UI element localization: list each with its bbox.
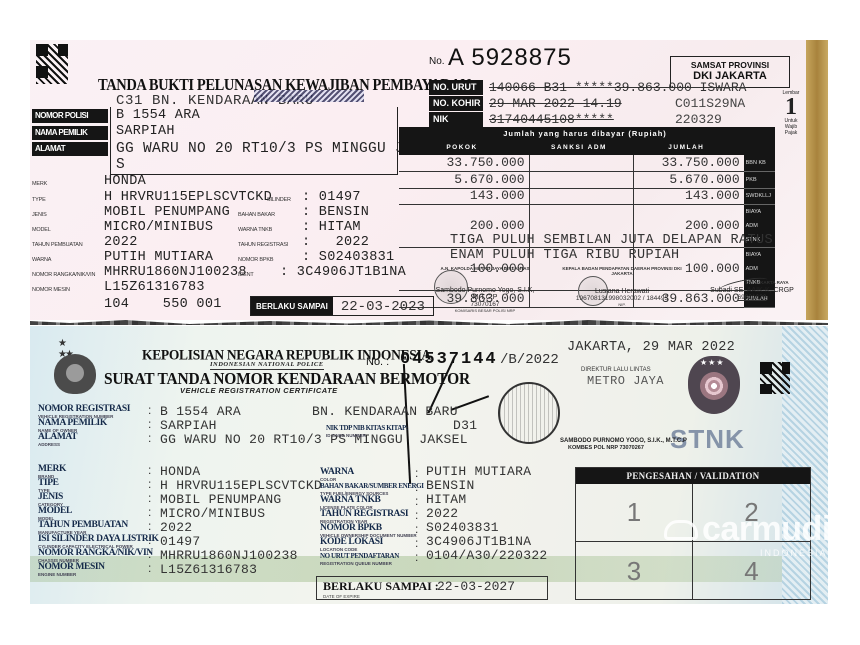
lembar-number: 1 (778, 96, 804, 118)
meta-label: NIK (429, 112, 483, 127)
payment-cell-tag: BBN KB (744, 155, 775, 172)
validation-title: PENGESAHAN / VALIDATION (576, 468, 810, 484)
value-tipe: H HRVRU115EPLSCVTCKD (160, 478, 322, 493)
meta-row-no-urut: NO. URUT 140066 B31 *****39.863.000 ISWA… (429, 80, 669, 95)
label-warna: WARNA (32, 257, 51, 263)
valid-until-label: BERLAKU SAMPAI (251, 297, 333, 315)
value-tahun-pembuatan: 2022 (104, 235, 138, 250)
label-alamat: ALAMATADDRESS (38, 432, 77, 447)
value-jenis: MOBIL PENUMPANG (104, 205, 230, 220)
label-jenis: JENISCATEGORY (38, 492, 63, 507)
signatory-name: Lusiana Herawati (562, 288, 682, 295)
value-nomor-bpkb: : S02403831 (302, 250, 394, 265)
label-tahun-pembuatan: TAHUN PEMBUATAN (32, 242, 82, 248)
validation-cell-3: 3 (576, 542, 693, 600)
col-sanksi: SANKSI ADM (529, 141, 633, 155)
label-nomor-mesin: NOMOR MESIN (32, 287, 70, 293)
payment-receipt: TANDA BUKTI PELUNASAN KEWAJIBAN PEMBAYAR… (30, 40, 828, 320)
signatory-3: DKI JAKARTA RAYA Subadi SE, AAIK-K, CRGP… (702, 280, 802, 301)
value-ident: : 3C4906JT1B1NA (280, 265, 406, 280)
signatory-2: KEPALA BADAN PENDAPATAN DAERAH PROVINSI … (562, 266, 682, 307)
label-model: MODEL (32, 227, 51, 233)
label-warna: WARNACOLOR (320, 467, 354, 482)
value-tahun-registrasi: 2022 (426, 506, 458, 521)
label-tahun-registrasi: TAHUN REGISTRASI (238, 242, 288, 248)
value-alamat: GG WARU NO 20 RT10/3 PS MINGGU JAKSEL (160, 432, 468, 447)
polda-name: METRO JAYA (587, 374, 664, 388)
label-ident: IDENT (238, 272, 254, 278)
watermark-brand: carmudi (702, 510, 831, 549)
label-tipe: TIPETYPE (38, 478, 59, 493)
value-warna-tnkb: : HITAM (302, 220, 361, 235)
col-pokok: POKOK (399, 141, 529, 155)
meta-value: 31740445108***** (483, 112, 669, 127)
value-nama-pemilik: SARPIAH (116, 124, 175, 139)
value-jenis: MOBIL PENUMPANG (160, 492, 282, 507)
meta-row-nik: NIK 31740445108***** 220329 (429, 112, 722, 127)
payment-table-title: Jumlah yang harus dibayar (Rupiah) (399, 127, 775, 141)
redaction-scribble (254, 90, 364, 102)
value-nomor-rangka: MHRRU1860NJ100238 (104, 265, 247, 280)
payment-cell-sanksi (529, 172, 633, 189)
payment-cell-pokok: 5.670.000 (399, 172, 529, 189)
label-bahan-bakar: BAHAN BAKAR (238, 212, 275, 218)
value-tahun-registrasi: : 2022 (302, 235, 369, 250)
label-tahun-registrasi: TAHUN REGISTRASIREGISTRATION YEAR (320, 509, 408, 524)
value-warna: PUTIH MUTIARA (426, 464, 531, 479)
value-bahan-bakar: : BENSIN (302, 205, 369, 220)
payment-row: 33.750.00033.750.000BBN KB (399, 155, 775, 172)
label-jenis: JENIS (32, 212, 47, 218)
meta-value: 140066 B31 *****39.863.000 ISWARA (483, 80, 669, 95)
value-model: MICRO/MINIBUS (160, 506, 265, 521)
stnk-number-suffix: /B/2022 (500, 352, 559, 368)
value-nomor-bpkb: S02403831 (426, 520, 499, 535)
signatory-id: 196708131998032002 / 184495 (562, 295, 682, 302)
qr-code-icon (36, 44, 68, 84)
label-model: MODELMODEL (38, 506, 72, 521)
label-nomor-mesin: NOMOR MESINENGINE NUMBER (38, 562, 105, 577)
value-kode-lokasi: 3C4906JT1B1NA (426, 534, 531, 549)
director-title: DIREKTUR LALU LINTAS (581, 367, 651, 373)
signatory-id: 73070167 (430, 301, 540, 308)
label-merk: MERKBRAND (38, 464, 66, 479)
label-nomor-polisi: NOMOR POLISI (32, 109, 108, 123)
label-nomor-registrasi: NOMOR REGISTRASIVEHICLE REGISTRATION NUM… (38, 404, 130, 419)
signatory-name: Subadi SE, AAIK-K, CRGP (702, 287, 802, 294)
meta-extra: C011S29NA (675, 96, 745, 111)
payment-cell-jumlah: 5.670.000 (633, 172, 744, 189)
value-warna: PUTIH MUTIARA (104, 250, 213, 265)
value-warna-tnkb: HITAM (426, 492, 467, 507)
label-nama-pemilik: NAMA PEMILIKNAME OF OWNER (38, 418, 107, 433)
col-jumlah: JUMLAH (633, 141, 744, 155)
doc-number: A 5928875 (448, 44, 572, 72)
official-stamp-icon (498, 382, 560, 444)
value-bahan-bakar-sumber-energi: BENSIN (426, 478, 475, 493)
valid-until-value: 22-03-2023 (333, 297, 433, 315)
amount-words-line1: TIGA PULUH SEMBILAN JUTA DELAPAN RATUS (450, 233, 773, 248)
signatory-name: Sambodo Purnomo Yogo, S.I.K, M.T.C.P (430, 287, 540, 301)
label-type: TYPE (32, 197, 46, 203)
lembar-marker: Lembar 1 Untuk Wajib Pajak (778, 90, 804, 136)
signer-name: SAMBODO PURNOMO YOGO, S.I.K., M.T.C.P (560, 438, 687, 444)
signatory-rank: NIP. (562, 302, 682, 307)
meta-label: NO. KOHIR (429, 96, 483, 111)
payment-cell-sanksi (529, 188, 633, 205)
label-merk: MERK (32, 181, 47, 187)
value-alamat-line2: S (116, 157, 125, 173)
value-code: 104 550 001 (104, 297, 222, 312)
payment-cell-tag: SWDKLLJ (744, 188, 775, 205)
signatory-role: KEPALA BADAN PENDAPATAN DAERAH PROVINSI … (562, 266, 682, 276)
signatory-role: A.N. KAPOLDA METRO JAYA DIRLANTAS (430, 266, 540, 271)
lembar-note: Untuk Wajib Pajak (778, 118, 804, 136)
label-nomor-rangka-nik-vin: NOMOR RANGKA/NIK/VINCHASSIS NUMBER (38, 548, 153, 563)
value-no-urut-pendaftaran: 0104/A30/220322 (426, 548, 548, 563)
carmudi-car-icon (664, 520, 698, 540)
value-nomor-rangka-nik-vin: MHRRU1860NJ100238 (160, 548, 298, 563)
meta-extra: 220329 (675, 112, 722, 127)
place-date: JAKARTA, 29 MAR 2022 (567, 340, 735, 355)
label-warna-tnkb: WARNA TNKBLICENSE PLATE COLOR (320, 495, 381, 510)
label-tahun-pembuatan: TAHUN PEMBUATANMANUFACTURE YEAR (38, 520, 128, 535)
value-merk: HONDA (160, 464, 201, 479)
qr-code-icon (760, 362, 790, 394)
label-isi-silinder-daya-listrik: ISI SILINDER DAYA LISTRIKCYLINDER CAPACI… (38, 534, 159, 549)
label-bahan-bakar-sumber-energi: BAHAN BAKAR/SUMBER ENERGITYPE FUEL/ENERG… (320, 481, 424, 496)
value-isi-silinder-daya-listrik: 01497 (160, 534, 201, 549)
value-nomor-mesin: L15Z61316783 (160, 562, 257, 577)
payment-cell-tag: PKB (744, 172, 775, 189)
value-nomor-registrasi: B 1554 ARA (160, 404, 241, 419)
doc-number-label: No. (429, 56, 445, 67)
watermark-sub: INDONESIA (760, 548, 828, 558)
value-merk: HONDA (104, 174, 146, 189)
value-nama-pemilik: SARPIAH (160, 418, 217, 433)
payment-cell-sanksi (529, 155, 633, 172)
value-type: H HRVRU115EPLSCVTCKD (104, 190, 272, 205)
label-kode-lokasi: KODE LOKASILOCATION CODE (320, 537, 383, 552)
label-silinder: SILINDER (267, 197, 291, 203)
stnk-number-label: No. : (366, 356, 389, 368)
value-nomor-mesin: L15Z61316783 (104, 280, 205, 295)
signer-rank: KOMBES POL NRP 73070267 (568, 445, 644, 451)
meta-row-no-kohir: NO. KOHIR 29-MAR-2022 14.19 C011S29NA (429, 96, 745, 111)
payment-cell-pokok: 33.750.000 (399, 155, 529, 172)
value-model: MICRO/MINIBUS (104, 220, 213, 235)
vehicle-registration-certificate: ★★★ KEPOLISIAN NEGARA REPUBLIK INDONESIA… (30, 326, 828, 604)
valid-until-box: BERLAKU SAMPAI :DATE OF EXPIRE 22-03-202… (316, 576, 548, 600)
valid-until-box: BERLAKU SAMPAI 22-03-2023 (250, 296, 434, 316)
label-nomor-rangka: NOMOR RANGKA/NIK/VIN (32, 272, 95, 278)
police-emblem-icon: ★★★ (50, 338, 100, 400)
label-no-urut-pendaftaran: NO URUT PENDAFTARANREGISTRATION QUEUE NU… (320, 551, 399, 566)
payment-cell-jumlah: 143.000 (633, 188, 744, 205)
registration-note: BN. KENDARAAN BARU (312, 404, 458, 419)
payment-cell-jumlah: 33.750.000 (633, 155, 744, 172)
value-nik: D31 (453, 418, 477, 433)
meta-label: NO. URUT (429, 80, 483, 95)
valid-until-label: BERLAKU SAMPAI :DATE OF EXPIRE (323, 579, 439, 599)
payment-row: 143.000143.000SWDKLLJ (399, 188, 775, 205)
value-silinder: : 01497 (302, 190, 361, 205)
stnk-issuer-en: INDONESIAN NATIONAL POLICE (210, 361, 324, 370)
amount-in-words: TIGA PULUH SEMBILAN JUTA DELAPAN RATUS E… (450, 233, 773, 263)
value-nomor-polisi: B 1554 ARA (116, 108, 200, 123)
signatory-id: 69021628 (702, 294, 802, 301)
valid-until-value: 22-03-2027 (437, 579, 515, 594)
label-alamat: ALAMAT (32, 142, 108, 156)
payment-cell-pokok: 143.000 (399, 188, 529, 205)
value-alamat: GG WARU NO 20 RT10/3 PS MINGGU J (116, 141, 404, 157)
meta-value: 29-MAR-2022 14.19 (483, 96, 669, 111)
value-tahun-pembuatan: 2022 (160, 520, 192, 535)
label-nomor-bpkb: NOMOR BPKB (238, 257, 273, 263)
payment-row: 5.670.0005.670.000PKB (399, 172, 775, 189)
amount-words-line2: ENAM PULUH TIGA RIBU RUPIAH (450, 248, 773, 263)
signatory-role: DKI JAKARTA RAYA (732, 280, 802, 285)
label-nik: NIK TDP NIB KITAS KITAP:ID CARD NUMBER (326, 423, 408, 438)
signatory-1: A.N. KAPOLDA METRO JAYA DIRLANTAS Sambod… (430, 266, 540, 313)
label-nomor-bpkb: NOMOR BPKBVEHICLE OWNERSHIP DOCUMENT NUM… (320, 523, 417, 538)
stnk-title-en: VEHICLE REGISTRATION CERTIFICATE (180, 386, 338, 395)
signatory-rank: KOMISARIS BESAR POLISI NRP (430, 308, 540, 313)
label-nama-pemilik: NAMA PEMILIK (32, 126, 108, 140)
label-warna-tnkb: WARNA TNKB (238, 227, 272, 233)
